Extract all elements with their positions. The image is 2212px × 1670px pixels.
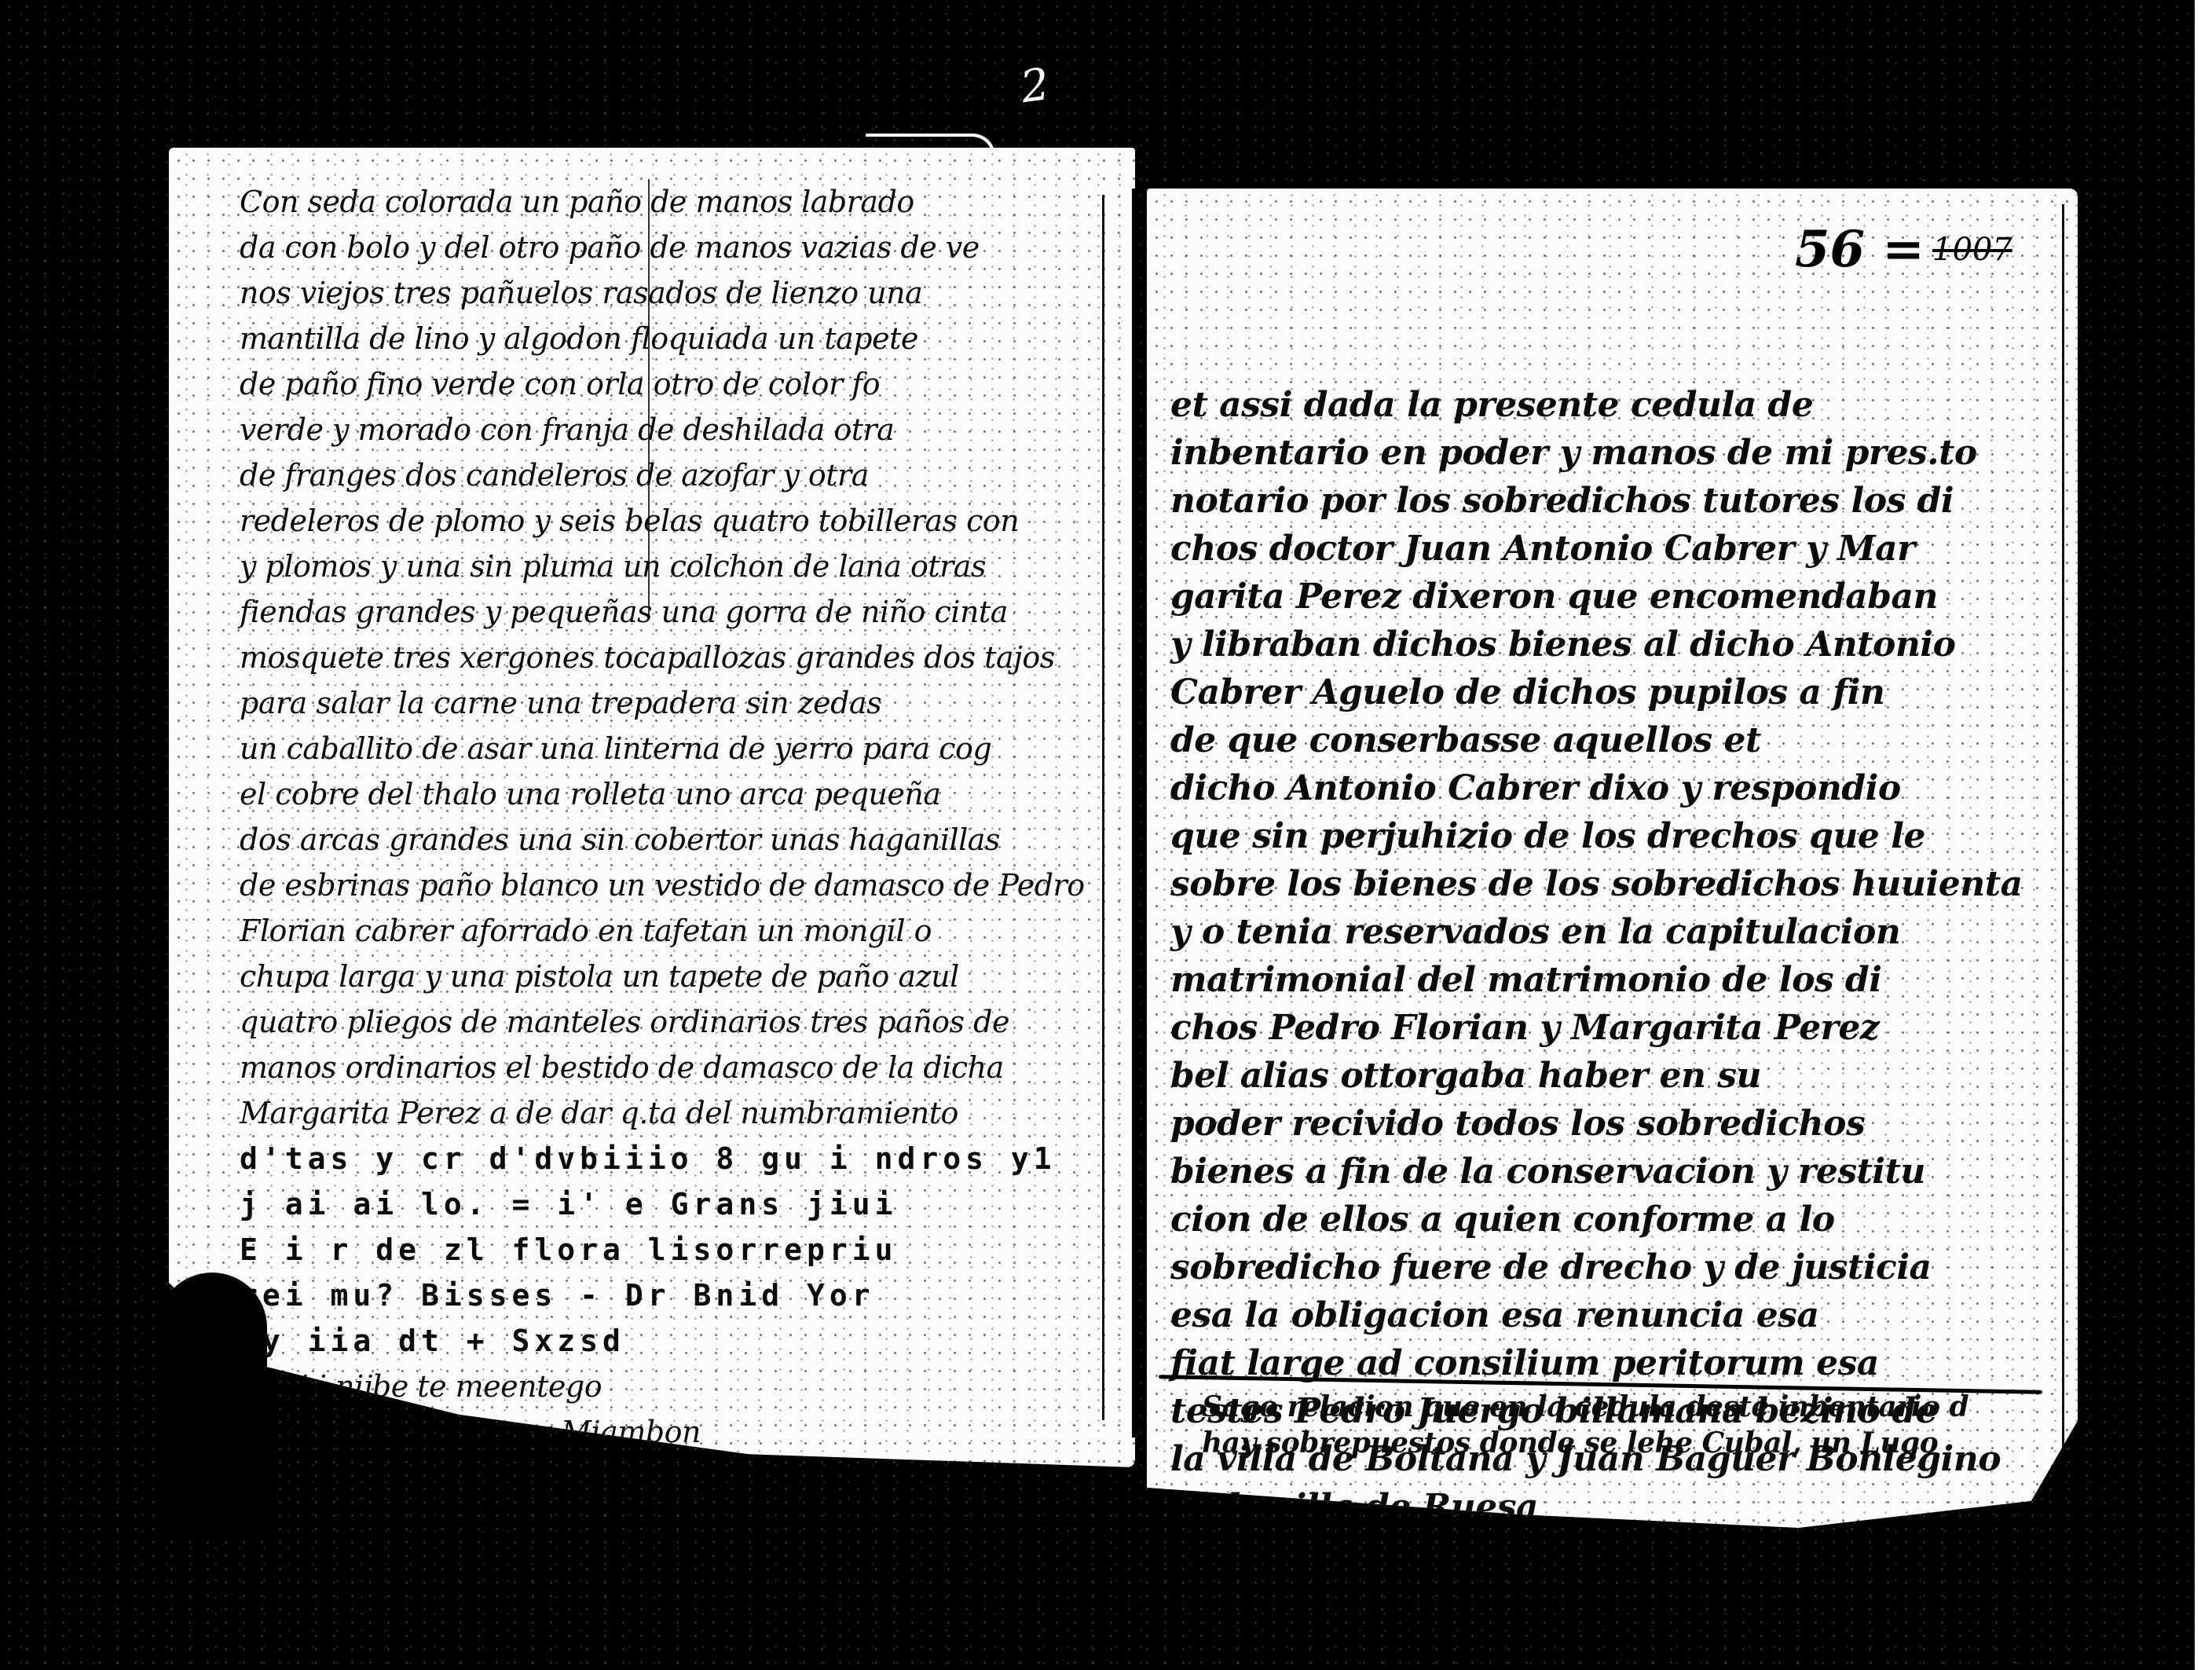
notarial-note: Sago relacion que en la cedula deste inb…	[1202, 1389, 2066, 1461]
manuscript-line: esa la obligacion esa renuncia esa	[1170, 1291, 2066, 1339]
manuscript-line: chupa larga y una pistola un tapete de p…	[240, 954, 1119, 999]
manuscript-line: manos ordinarios el bestido de damasco d…	[240, 1045, 1119, 1090]
manuscript-line: et assi dada la presente cedula de	[1170, 381, 2066, 429]
manuscript-line: Margarita Perez a de dar q.ta del numbra…	[240, 1090, 1119, 1136]
manuscript-line: de franges dos candeleros de azofar y ot…	[240, 452, 1119, 498]
manuscript-line: chos doctor Juan Antonio Cabrer y Mar	[1170, 525, 2066, 573]
manuscript-line: nos viejos tres pañuelos rasados de lien…	[240, 270, 1119, 316]
manuscript-line: Con seda colorada un paño de manos labra…	[240, 179, 1119, 225]
manuscript-line: fiendas grandes y pequeñas una gorra de …	[240, 589, 1119, 635]
manuscript-line: mantilla de lino y algodon floquiada un …	[240, 316, 1119, 361]
note-line: hay sobrepuestos donde se lehe Cubal, un…	[1202, 1425, 2066, 1461]
note-line: Sago relacion que en la cedula deste inb…	[1202, 1389, 2066, 1425]
manuscript-line: sobredicho fuere de drecho y de justicia	[1170, 1243, 2066, 1291]
manuscript-line: redeleros de plomo y seis belas quatro t…	[240, 498, 1119, 544]
folio-number-value: 56	[1795, 220, 1865, 279]
manuscript-line: chos Pedro Florian y Margarita Perez	[1170, 1004, 2066, 1052]
manuscript-line: el cobre del thalo una rolleta uno arca …	[240, 771, 1119, 817]
manuscript-line: y o tenia reservados en la capitulacion	[1170, 908, 2066, 956]
manuscript-line: inbentario en poder y manos de mi pres.t…	[1170, 429, 2066, 477]
cipher-line: E i r de zl flora lisorrepriu	[240, 1227, 1119, 1273]
book-gutter	[1132, 189, 1137, 1437]
manuscript-line: para salar la carne una trepadera sin ze…	[240, 680, 1119, 726]
struck-folio-number: 1007	[1932, 232, 2012, 268]
right-page: 56 = 1007 et assi dada la presente cedul…	[1147, 189, 2078, 1528]
manuscript-line: un caballito de asar una linterna de yer…	[240, 726, 1119, 771]
manuscript-line: y plomos y una sin pluma un colchon de l…	[240, 544, 1119, 589]
manuscript-line: y libraban dichos bienes al dicho Antoni…	[1170, 621, 2066, 668]
cipher-line: j ai ai lo. = i' e Grans jiui	[240, 1181, 1119, 1227]
cipher-line: rei mu? Bisses - Dr Bnid Yor	[240, 1273, 1119, 1318]
manuscript-line: de esbrinas paño blanco un vestido de da…	[240, 862, 1119, 908]
manuscript-line: mosquete tres xergones tocapallozas gran…	[240, 635, 1119, 680]
cipher-line: d'tas y cr d'dvbiiio 8 gu i ndros y1	[240, 1136, 1119, 1181]
manuscript-line: Cabrer Aguelo de dichos pupilos a fin	[1170, 668, 2066, 716]
left-page-text: Con seda colorada un paño de manos labra…	[240, 179, 1119, 1455]
manuscript-line: da con bolo y del otro paño de manos vaz…	[240, 225, 1119, 270]
left-page: Con seda colorada un paño de manos labra…	[169, 148, 1135, 1467]
manuscript-line: cion de ellos a quien conforme a lo	[1170, 1196, 2066, 1243]
manuscript-line: bienes a fin de la conservacion y restit…	[1170, 1148, 2066, 1196]
manuscript-line: dos arcas grandes una sin cobertor unas …	[240, 817, 1119, 862]
top-page-mark: 2	[1018, 63, 1052, 110]
manuscript-line: que sin perjuhizio de los drechos que le	[1170, 812, 2066, 860]
manuscript-line: sobre los bienes de los sobredichos huui…	[1170, 860, 2066, 908]
manuscript-line: dicho Antonio Cabrer dixo y respondio	[1170, 764, 2066, 812]
folio-number: 56 =	[1795, 220, 1925, 279]
manuscript-line: matrimonial del matrimonio de los di	[1170, 956, 2066, 1004]
manuscript-line: verde y morado con franja de deshilada o…	[240, 407, 1119, 452]
folio-separator: =	[1882, 220, 1925, 279]
cipher-line: ry iia dt + Sxzsd	[240, 1318, 1119, 1364]
manuscript-line: quatro pliegos de manteles ordinarios tr…	[240, 999, 1119, 1045]
manuscript-line: Florian cabrer aforrado en tafetan un mo…	[240, 908, 1119, 954]
manuscript-line: notario por los sobredichos tutores los …	[1170, 477, 2066, 525]
manuscript-line: poder recivido todos los sobredichos	[1170, 1100, 2066, 1148]
manuscript-line: de paño fino verde con orla otro de colo…	[240, 361, 1119, 407]
binding-tab	[157, 1273, 267, 1540]
manuscript-line: garita Perez dixeron que encomendaban	[1170, 573, 2066, 621]
right-page-text: et assi dada la presente cedula de inben…	[1170, 381, 2066, 1528]
manuscript-line: bel alias ottorgaba haber en su	[1170, 1052, 2066, 1100]
manuscript-line: de que conserbasse aquellos et	[1170, 716, 2066, 764]
